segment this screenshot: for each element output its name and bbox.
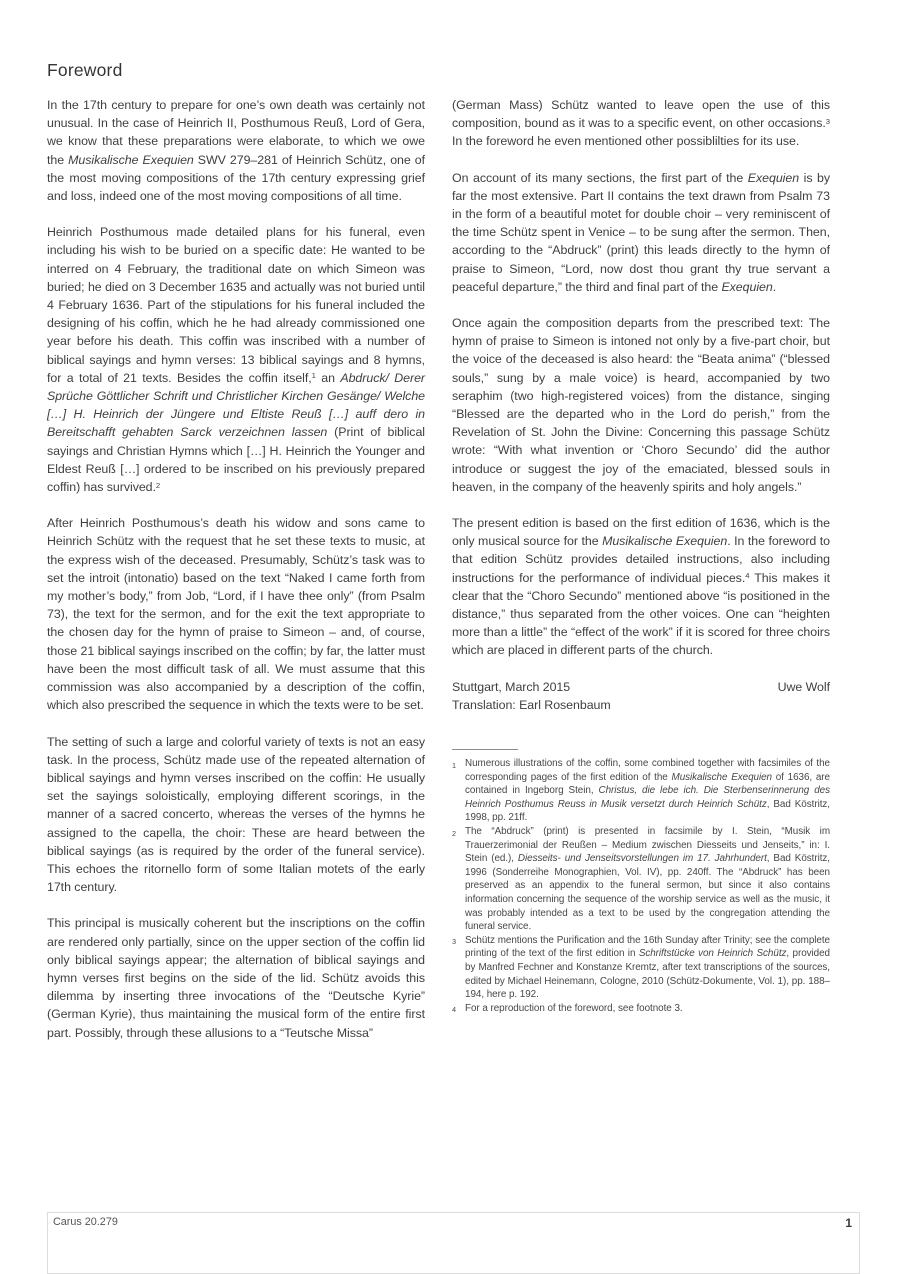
paragraph: Heinrich Posthumous made detailed plans … bbox=[47, 223, 425, 496]
catalog-number: Carus 20.279 bbox=[53, 1216, 118, 1228]
page-footer: Carus 20.279 1 bbox=[47, 1212, 860, 1274]
signature-place-date: Stuttgart, March 2015 bbox=[452, 678, 570, 696]
footnote-3: 3 Schütz mentions the Purification and t… bbox=[452, 934, 830, 1002]
signature-block: Stuttgart, March 2015 Uwe Wolf Translati… bbox=[452, 678, 830, 714]
right-column: (German Mass) Schütz wanted to leave ope… bbox=[452, 96, 830, 1060]
paragraph: The setting of such a large and colorful… bbox=[47, 733, 425, 897]
footnote-number: 3 bbox=[452, 934, 465, 1002]
page-number: 1 bbox=[845, 1216, 852, 1230]
page-title: Foreword bbox=[47, 60, 858, 81]
left-column: In the 17th century to prepare for one’s… bbox=[47, 96, 425, 1060]
footnote-text: Numerous illustrations of the coffin, so… bbox=[465, 757, 830, 825]
paragraph: This principal is musically coherent but… bbox=[47, 914, 425, 1041]
footnote-1: 1 Numerous illustrations of the coffin, … bbox=[452, 757, 830, 825]
footnote-number: 4 bbox=[452, 1002, 465, 1017]
paragraph: In the 17th century to prepare for one’s… bbox=[47, 96, 425, 205]
paragraph: After Heinrich Posthumous’s death his wi… bbox=[47, 514, 425, 714]
footnote-4: 4 For a reproduction of the foreword, se… bbox=[452, 1002, 830, 1017]
signature-author: Uwe Wolf bbox=[778, 678, 830, 696]
footnote-2: 2 The “Abdruck” (print) is presented in … bbox=[452, 825, 830, 934]
two-column-layout: In the 17th century to prepare for one’s… bbox=[47, 96, 858, 1060]
footnote-text: Schütz mentions the Purification and the… bbox=[465, 934, 830, 1002]
footnote-number: 1 bbox=[452, 757, 465, 825]
paragraph: (German Mass) Schütz wanted to leave ope… bbox=[452, 96, 830, 151]
paragraph: The present edition is based on the firs… bbox=[452, 514, 830, 660]
paragraph: Once again the composition departs from … bbox=[452, 314, 830, 496]
signature-translation: Translation: Earl Rosenbaum bbox=[452, 696, 830, 714]
footnote-number: 2 bbox=[452, 825, 465, 934]
footnote-text: The “Abdruck” (print) is presented in fa… bbox=[465, 825, 830, 934]
footnotes-section: 1 Numerous illustrations of the coffin, … bbox=[452, 749, 830, 1017]
document-page: Foreword In the 17th century to prepare … bbox=[0, 0, 900, 1274]
footnote-separator bbox=[452, 749, 518, 750]
paragraph: On account of its many sections, the fir… bbox=[452, 169, 830, 296]
footnote-text: For a reproduction of the foreword, see … bbox=[465, 1002, 830, 1017]
